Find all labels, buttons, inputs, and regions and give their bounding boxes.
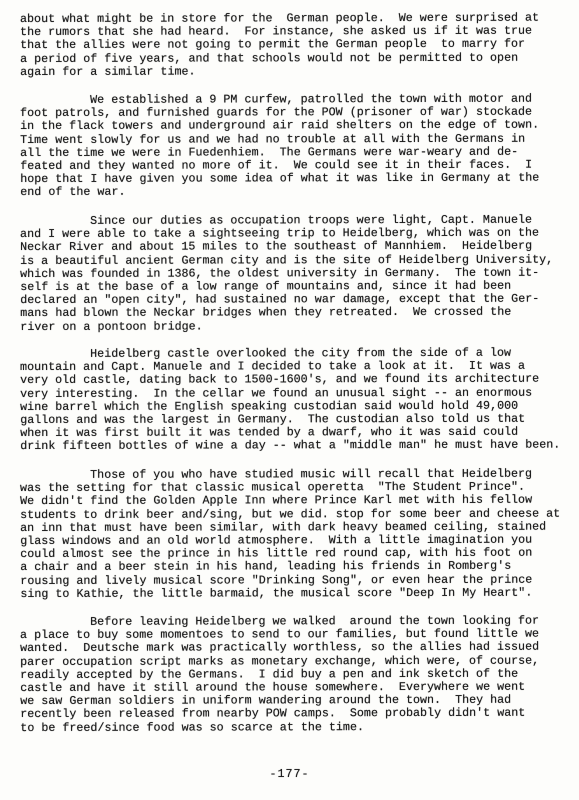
page-number: -177- (0, 768, 579, 781)
paragraph-continuation: about what might be in store for the Ger… (20, 12, 579, 79)
paragraph-castle: Heidelberg castle overlooked the city fr… (20, 347, 579, 454)
scanned-document-page: about what might be in store for the Ger… (0, 0, 579, 800)
paragraph-leaving-heidelberg: Before leaving Heidelberg we walked arou… (20, 615, 579, 735)
paragraph-heidelberg-trip: Since our duties as occupation troops we… (20, 213, 579, 333)
paragraph-curfew: We established a 9 PM curfew, patrolled … (20, 93, 579, 200)
paragraph-student-prince: Those of you who have studied music will… (20, 468, 579, 601)
